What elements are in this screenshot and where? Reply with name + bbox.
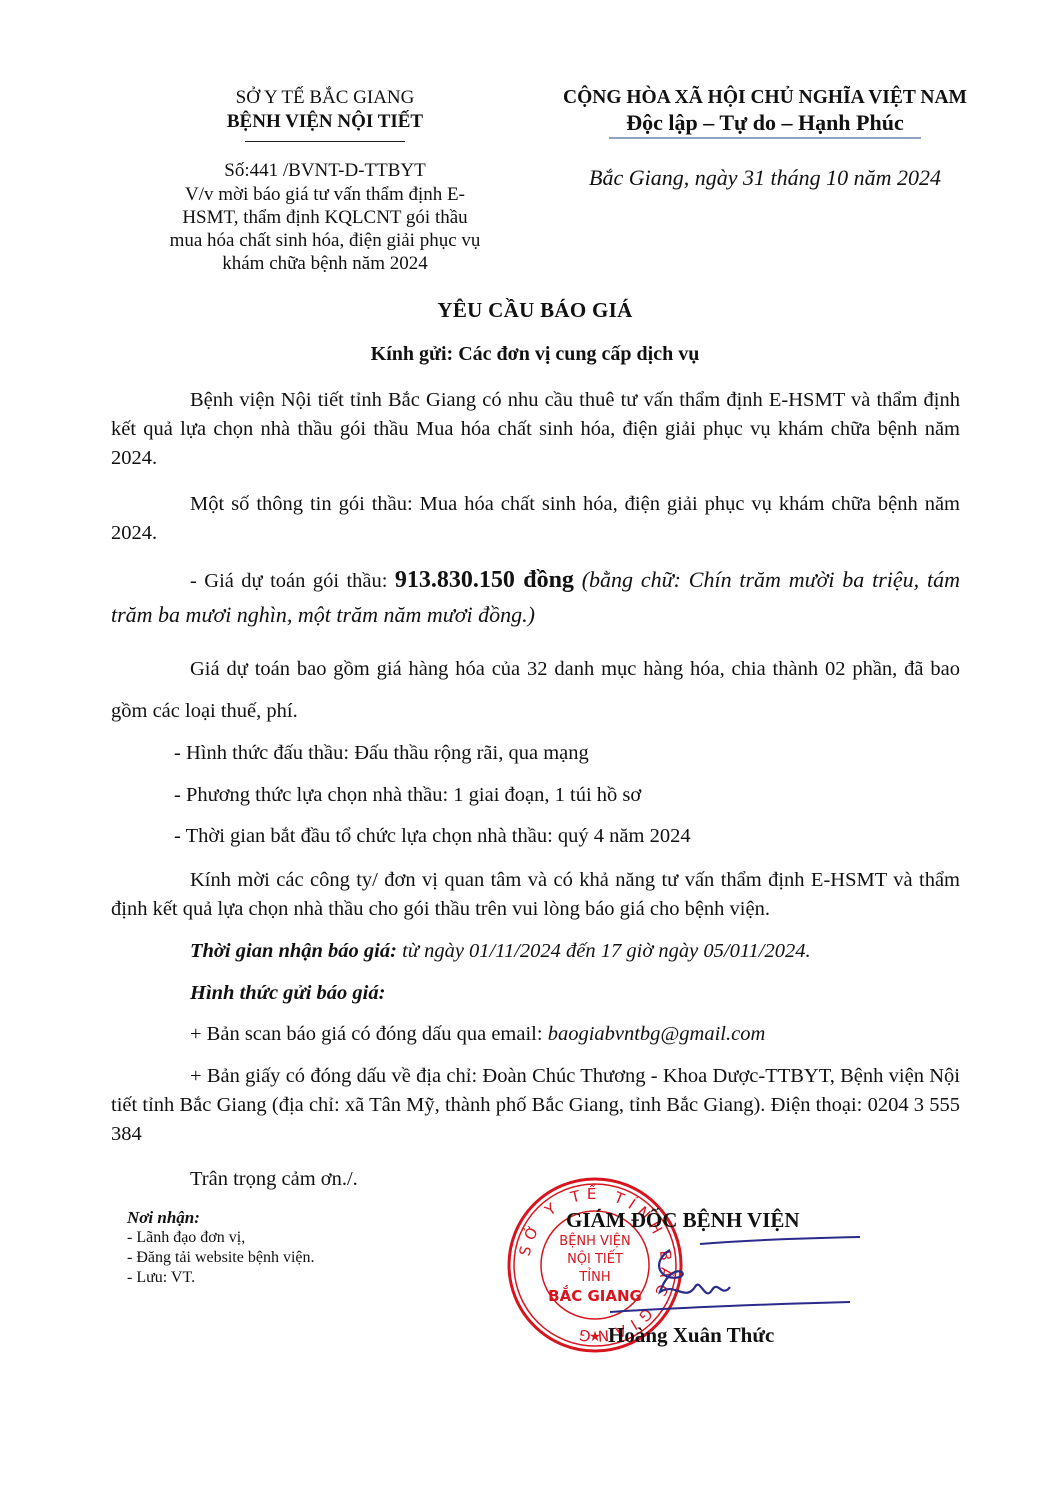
start-time: - Thời gian bắt đầu tổ chức lựa chọn nhà… xyxy=(174,825,691,848)
recipients-block: Nơi nhận: - Lãnh đạo đơn vị, - Đăng tải … xyxy=(127,1208,315,1288)
price-label: - Giá dự toán gói thầu: xyxy=(190,570,395,592)
divider xyxy=(245,141,405,142)
receive-time-value: từ ngày 01/11/2024 đến 17 giờ ngày 05/01… xyxy=(397,940,811,962)
recipient-item: - Lưu: VT. xyxy=(127,1268,315,1288)
email-link[interactable]: baogiabvntbg@gmail.com xyxy=(548,1023,766,1045)
national-header: CỘNG HÒA XÃ HỘI CHỦ NGHĨA VIỆT NAM Độc l… xyxy=(530,86,1000,192)
signer-name: Hoàng Xuân Thức xyxy=(608,1323,774,1348)
signer-title: GIÁM ĐỐC BỆNH VIỆN xyxy=(566,1208,800,1233)
invitation-paragraph: Kính mời các công ty/ đơn vị quan tâm và… xyxy=(111,866,960,924)
reference-number: Số:441 /BVNT-D-TTBYT xyxy=(105,159,545,183)
bidding-form: - Hình thức đấu thầu: Đấu thầu rộng rãi,… xyxy=(174,742,589,765)
recipient-item: - Đăng tải website bệnh viện. xyxy=(127,1248,315,1268)
subject-line: V/v mời báo giá tư vấn thẩm định E- xyxy=(105,183,545,206)
recipients-heading: Nơi nhận: xyxy=(127,1208,315,1228)
receive-time-label: Thời gian nhận báo giá: xyxy=(190,940,397,962)
organization-name: BỆNH VIỆN NỘI TIẾT xyxy=(105,110,545,134)
subject-line: khám chữa bệnh năm 2024 xyxy=(105,252,545,275)
intro-paragraph: Bệnh viện Nội tiết tỉnh Bắc Giang có nhu… xyxy=(111,386,960,473)
department-name: SỞ Y TẾ BẮC GIANG xyxy=(105,86,545,110)
package-info-paragraph: Một số thông tin gói thầu: Mua hóa chất … xyxy=(111,490,960,548)
price-paragraph: - Giá dự toán gói thầu: 913.830.150 đồng… xyxy=(111,563,960,633)
send-email-label: + Bản scan báo giá có đóng dấu qua email… xyxy=(190,1023,548,1045)
recipient-item: - Lãnh đạo đơn vị, xyxy=(127,1228,315,1248)
selection-method: - Phương thức lựa chọn nhà thầu: 1 giai … xyxy=(174,784,641,807)
price-amount: 913.830.150 đồng xyxy=(395,567,574,593)
issuer-block: SỞ Y TẾ BẮC GIANG BỆNH VIỆN NỘI TIẾT Số:… xyxy=(105,86,545,275)
place-date: Bắc Giang, ngày 31 tháng 10 năm 2024 xyxy=(530,164,1000,192)
send-email-line: + Bản scan báo giá có đóng dấu qua email… xyxy=(111,1020,960,1049)
greeting: Kính gửi: Các đơn vị cung cấp dịch vụ xyxy=(100,343,970,366)
price-includes-paragraph: Giá dự toán bao gồm giá hàng hóa của 32 … xyxy=(111,648,960,732)
country-name: CỘNG HÒA XÃ HỘI CHỦ NGHĨA VIỆT NAM xyxy=(530,86,1000,110)
receive-time: Thời gian nhận báo giá: từ ngày 01/11/20… xyxy=(111,937,960,966)
motto-underline xyxy=(609,137,921,139)
motto: Độc lập – Tự do – Hạnh Phúc xyxy=(530,110,1000,136)
send-paper-paragraph: + Bản giấy có đóng dấu về địa chỉ: Đoàn … xyxy=(111,1062,960,1149)
document-title: YÊU CẦU BÁO GIÁ xyxy=(100,298,970,323)
subject-line: mua hóa chất sinh hóa, điện giải phục vụ xyxy=(105,229,545,252)
subject-line: HSMT, thẩm định KQLCNT gói thầu xyxy=(105,206,545,229)
send-method-label: Hình thức gửi báo giá: xyxy=(111,979,960,1008)
